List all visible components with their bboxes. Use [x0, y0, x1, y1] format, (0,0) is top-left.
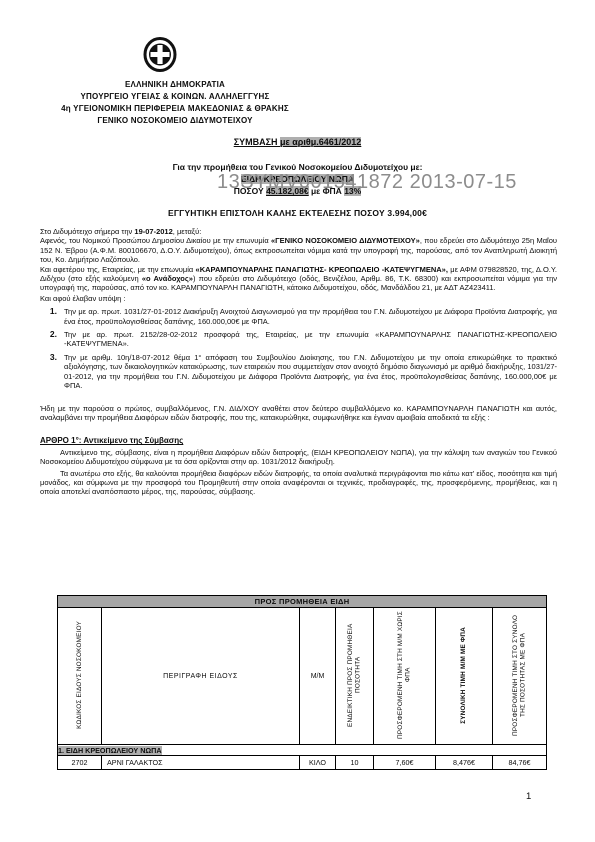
- column-header-total-price-with-vat: ΠΡΟΣΦΕΡΟΜΕΝΗ ΤΙΜΗ ΣΤΟ ΣΥΝΟΛΟ ΤΗΣ ΠΟΣΟΤΗΤ…: [493, 608, 547, 745]
- column-header-unit-price-with-vat: ΣΥΝΟΛΙΚΗ ΤΙΜΗ Μ/Μ ΜΕ ΦΠΑ: [436, 608, 493, 745]
- paragraph-first-party: Αφενός, του Νομικού Προσώπου Δημοσίου Δι…: [40, 236, 557, 264]
- paragraph-date: Στο Διδυμότειχο σήμερα την 19-07-2012, μ…: [40, 227, 557, 236]
- cell-unit-price-with-vat: 8,476€: [436, 756, 493, 770]
- header-line-region: 4η ΥΓΕΙΟΝΟΜΙΚΗ ΠΕΡΙΦΕΡΕΙΑ ΜΑΚΕΔΟΝΙΑΣ & Θ…: [10, 103, 340, 115]
- column-header-unit: Μ/Μ: [300, 608, 336, 745]
- article-1-paragraph-1: Αντικείμενο της, σύμβασης, είναι η προμή…: [40, 448, 557, 467]
- column-header-item-code: ΚΩΔΙΚΟΣ ΕΙΔΟΥΣ ΝΟΣΟΚΟΜΕΙΟΥ: [58, 608, 102, 745]
- column-header-unit-price-no-vat: ΠΡΟΣΦΕΡΟΜΕΝΗ ΤΙΜΗ ΣΤΗ Μ/Μ ΧΩΡΙΣ ΦΠΑ: [374, 608, 436, 745]
- column-header-description: ΠΕΡΙΓΡΑΦΗ ΕΙΔΟΥΣ: [102, 608, 300, 745]
- greek-national-emblem-icon: [143, 36, 177, 78]
- cell-unit-price-no-vat: 7,60€: [374, 756, 436, 770]
- table-header-row: ΚΩΔΙΚΟΣ ΕΙΔΟΥΣ ΝΟΣΟΚΟΜΕΙΟΥ ΠΕΡΙΓΡΑΦΗ ΕΙΔ…: [58, 608, 547, 745]
- table-section-row: 1. ΕΙΔΗ ΚΡΕΟΠΩΛΕΙΟΥ ΝΩΠΑ: [58, 745, 547, 756]
- cell-item-code: 2702: [58, 756, 102, 770]
- registry-watermark: 13SYMV001541872 2013-07-15: [217, 171, 517, 194]
- list-item: 2. Την με αρ. πρωτ. 2152/28-02-2012 προσ…: [40, 330, 557, 349]
- document-page: ΕΛΛΗΝΙΚΗ ΔΗΜΟΚΡΑΤΙΑ ΥΠΟΥΡΓΕΙΟ ΥΓΕΙΑΣ & Κ…: [0, 0, 595, 842]
- list-item-text: Την με αρ. πρωτ. 1031/27-01-2012 Διακήρυ…: [64, 307, 557, 326]
- paragraph-second-party: Και αφετέρου της, Εταιρείας, με την επων…: [40, 265, 557, 293]
- table-title-row: ΠΡΟΣ ΠΡΟΜΗΘΕΙΑ ΕΙΔΗ: [58, 596, 547, 608]
- list-item-number: 3.: [40, 353, 64, 391]
- list-item-text: Την με αριθμ. 10η/18-07-2012 θέμα 1° από…: [64, 353, 557, 391]
- cell-description: ΑΡΝΙ ΓΑΛΑΚΤΟΣ: [102, 756, 300, 770]
- government-header: ΕΛΛΗΝΙΚΗ ΔΗΜΟΚΡΑΤΙΑ ΥΠΟΥΡΓΕΙΟ ΥΓΕΙΑΣ & Κ…: [10, 79, 340, 127]
- list-item-number: 1.: [40, 307, 64, 326]
- article-1-paragraph-2: Τα ανωτέρω στο εξής, θα καλούνται προμήθ…: [40, 469, 557, 497]
- list-item-number: 2.: [40, 330, 64, 349]
- table-row: 2702 ΑΡΝΙ ΓΑΛΑΚΤΟΣ ΚΙΛΟ 10 7,60€ 8,476€ …: [58, 756, 547, 770]
- supply-items-table: ΠΡΟΣ ΠΡΟΜΗΘΕΙΑ ΕΙΔΗ ΚΩΔΙΚΟΣ ΕΙΔΟΥΣ ΝΟΣΟΚ…: [57, 595, 547, 770]
- cell-total-price-with-vat: 84,76€: [493, 756, 547, 770]
- list-item: 1. Την με αρ. πρωτ. 1031/27-01-2012 Διακ…: [40, 307, 557, 326]
- list-item: 3. Την με αριθμ. 10η/18-07-2012 θέμα 1° …: [40, 353, 557, 391]
- header-line-republic: ΕΛΛΗΝΙΚΗ ΔΗΜΟΚΡΑΤΙΑ: [10, 79, 340, 91]
- contract-body: Στο Διδυμότειχο σήμερα την 19-07-2012, μ…: [40, 227, 557, 497]
- considerations-list: 1. Την με αρ. πρωτ. 1031/27-01-2012 Διακ…: [40, 307, 557, 390]
- table-title: ΠΡΟΣ ΠΡΟΜΗΘΕΙΑ ΕΙΔΗ: [58, 596, 547, 608]
- list-item-text: Την με αρ. πρωτ. 2152/28-02-2012 προσφορ…: [64, 330, 557, 349]
- paragraph-considering: Και αφού έλαβαν υπόψη :: [40, 294, 557, 303]
- article-1-heading: ΑΡΘΡΟ 1°: Αντικείμενο της Σύμβασης: [40, 436, 557, 445]
- column-header-quantity: ΕΝΔΕΙΚΤΙΚΗ ΠΡΟΣ ΠΡΟΜΗΘΕΙΑ ΠΟΣΟΤΗΤΑ: [336, 608, 374, 745]
- page-number: 1: [526, 791, 531, 802]
- header-line-ministry: ΥΠΟΥΡΓΕΙΟ ΥΓΕΙΑΣ & ΚΟΙΝΩΝ. ΑΛΛΗΛΕΓΓΥΗΣ: [10, 91, 340, 103]
- cell-quantity: 10: [336, 756, 374, 770]
- contract-number-title: ΣΥΜΒΑΣΗ με αριθμ.6461/2012: [0, 137, 595, 147]
- paragraph-assignment: Ήδη με την παρούσα ο πρώτος, συμβαλλόμεν…: [40, 404, 557, 423]
- cell-unit: ΚΙΛΟ: [300, 756, 336, 770]
- header-line-hospital: ΓΕΝΙΚΟ ΝΟΣΟΚΟΜΕΙΟ ΔΙΔΥΜΟΤΕΙΧΟΥ: [10, 115, 340, 127]
- section-header: 1. ΕΙΔΗ ΚΡΕΟΠΩΛΕΙΟΥ ΝΩΠΑ: [58, 745, 547, 756]
- guarantee-letter-line: ΕΓΓΥΗΤΙΚΗ ΕΠΙΣΤΟΛΗ ΚΑΛΗΣ ΕΚΤΕΛΕΣΗΣ ΠΟΣΟΥ…: [0, 208, 595, 218]
